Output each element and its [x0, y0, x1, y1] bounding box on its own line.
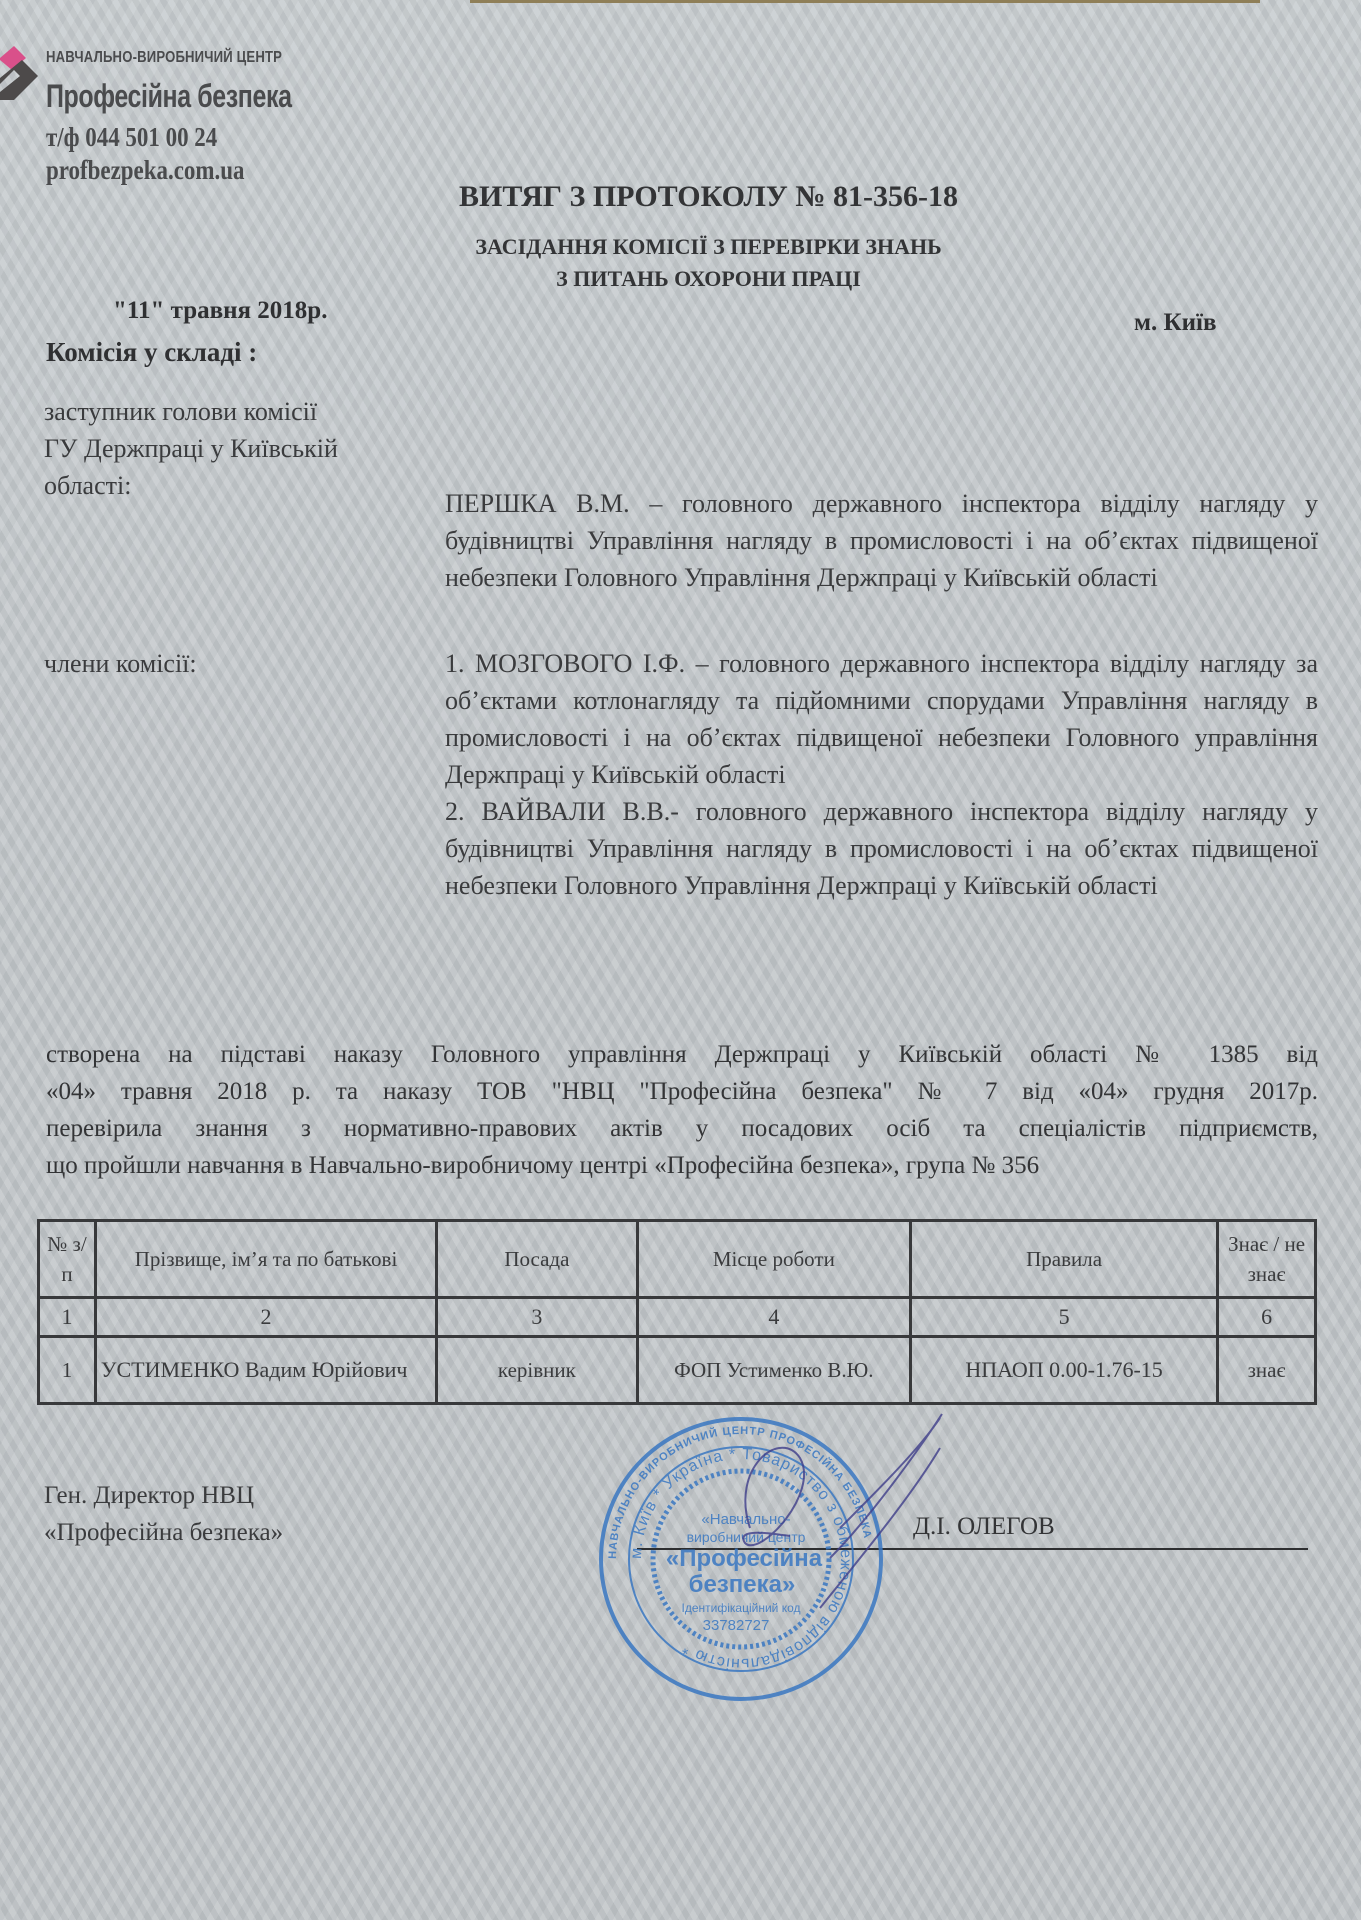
document-city: м. Київ: [1134, 309, 1217, 337]
cell-result: знає: [1218, 1337, 1316, 1404]
table-row: 1 УСТИМЕНКО Вадим Юрійович керівник ФОП …: [39, 1337, 1316, 1404]
header-number: № з/ п: [39, 1221, 96, 1298]
document-subtitle-2: З ПИТАНЬ ОХОРОНИ ПРАЦІ: [0, 266, 1361, 292]
header-workplace: Місце роботи: [637, 1221, 910, 1298]
column-number: 6: [1218, 1298, 1316, 1337]
deputy-description: ПЕРШКА В.М. – головного державного інспе…: [445, 485, 1318, 596]
document-subtitle-1: ЗАСІДАННЯ КОМІСІЇ З ПЕРЕВІРКИ ЗНАНЬ: [0, 234, 1361, 260]
org-subtitle: НАВЧАЛЬНО-ВИРОБНИЧИЙ ЦЕНТР: [46, 49, 282, 67]
member-item: 2. ВАЙВАЛИ В.В.- головного державного ін…: [445, 793, 1318, 904]
deputy-label-line: області:: [44, 467, 338, 504]
header-rules: Правила: [911, 1221, 1218, 1298]
document-date: "11" травня 2018р.: [113, 297, 327, 325]
document-title: ВИТЯГ З ПРОТОКОЛУ № 81-356-18: [0, 180, 1361, 214]
column-number: 5: [911, 1298, 1218, 1337]
org-phone: т/ф 044 501 00 24: [46, 122, 217, 153]
director-title-line: Ген. Директор НВЦ: [44, 1477, 283, 1514]
basis-paragraph: створена на підставі наказу Головного уп…: [46, 1036, 1318, 1184]
deputy-label-line: заступник голови комісії: [44, 393, 338, 430]
results-table: № з/ п Прізвище, ім’я та по батькові Пос…: [37, 1219, 1317, 1405]
column-number-row: 1 2 3 4 5 6: [39, 1298, 1316, 1337]
deputy-label-line: ГУ Держпраці у Київській: [44, 430, 338, 467]
table-header-row: № з/ п Прізвище, ім’я та по батькові Пос…: [39, 1221, 1316, 1298]
paragraph-line: «04» травня 2018 р. та наказу ТОВ "НВЦ "…: [46, 1073, 1318, 1110]
column-number: 4: [637, 1298, 910, 1337]
members-list: 1. МОЗГОВОГО І.Ф. – головного державного…: [445, 645, 1318, 904]
header-position: Посада: [437, 1221, 638, 1298]
director-title: Ген. Директор НВЦ «Професійна безпека»: [44, 1477, 283, 1551]
paragraph-line: що пройшли навчання в Навчально-виробнич…: [46, 1147, 1318, 1184]
handwritten-signature-icon: [690, 1408, 950, 1648]
column-number: 3: [437, 1298, 638, 1337]
logo-icon: [0, 38, 40, 128]
header-name: Прізвище, ім’я та по батькові: [95, 1221, 436, 1298]
cell-name: УСТИМЕНКО Вадим Юрійович: [95, 1337, 436, 1404]
column-number: 2: [95, 1298, 436, 1337]
paper-edge: [470, 0, 1260, 3]
org-name: Професійна безпека: [46, 78, 292, 115]
paragraph-line: перевірила знання з нормативно-правових …: [46, 1110, 1318, 1147]
cell-position: керівник: [437, 1337, 638, 1404]
member-item: 1. МОЗГОВОГО І.Ф. – головного державного…: [445, 645, 1318, 793]
cell-workplace: ФОП Устименко В.Ю.: [637, 1337, 910, 1404]
deputy-label: заступник голови комісії ГУ Держпраці у …: [44, 393, 338, 504]
column-number: 1: [39, 1298, 96, 1337]
cell-number: 1: [39, 1337, 96, 1404]
members-label: члени комісії:: [44, 645, 197, 682]
paragraph-line: створена на підставі наказу Головного уп…: [46, 1036, 1318, 1073]
cell-rules: НПАОП 0.00-1.76-15: [911, 1337, 1218, 1404]
deputy-text: ПЕРШКА В.М. – головного державного інспе…: [445, 485, 1318, 596]
commission-heading: Комісія у складі :: [46, 337, 257, 368]
director-title-line: «Професійна безпека»: [44, 1514, 283, 1551]
header-result: Знає / не знає: [1218, 1221, 1316, 1298]
